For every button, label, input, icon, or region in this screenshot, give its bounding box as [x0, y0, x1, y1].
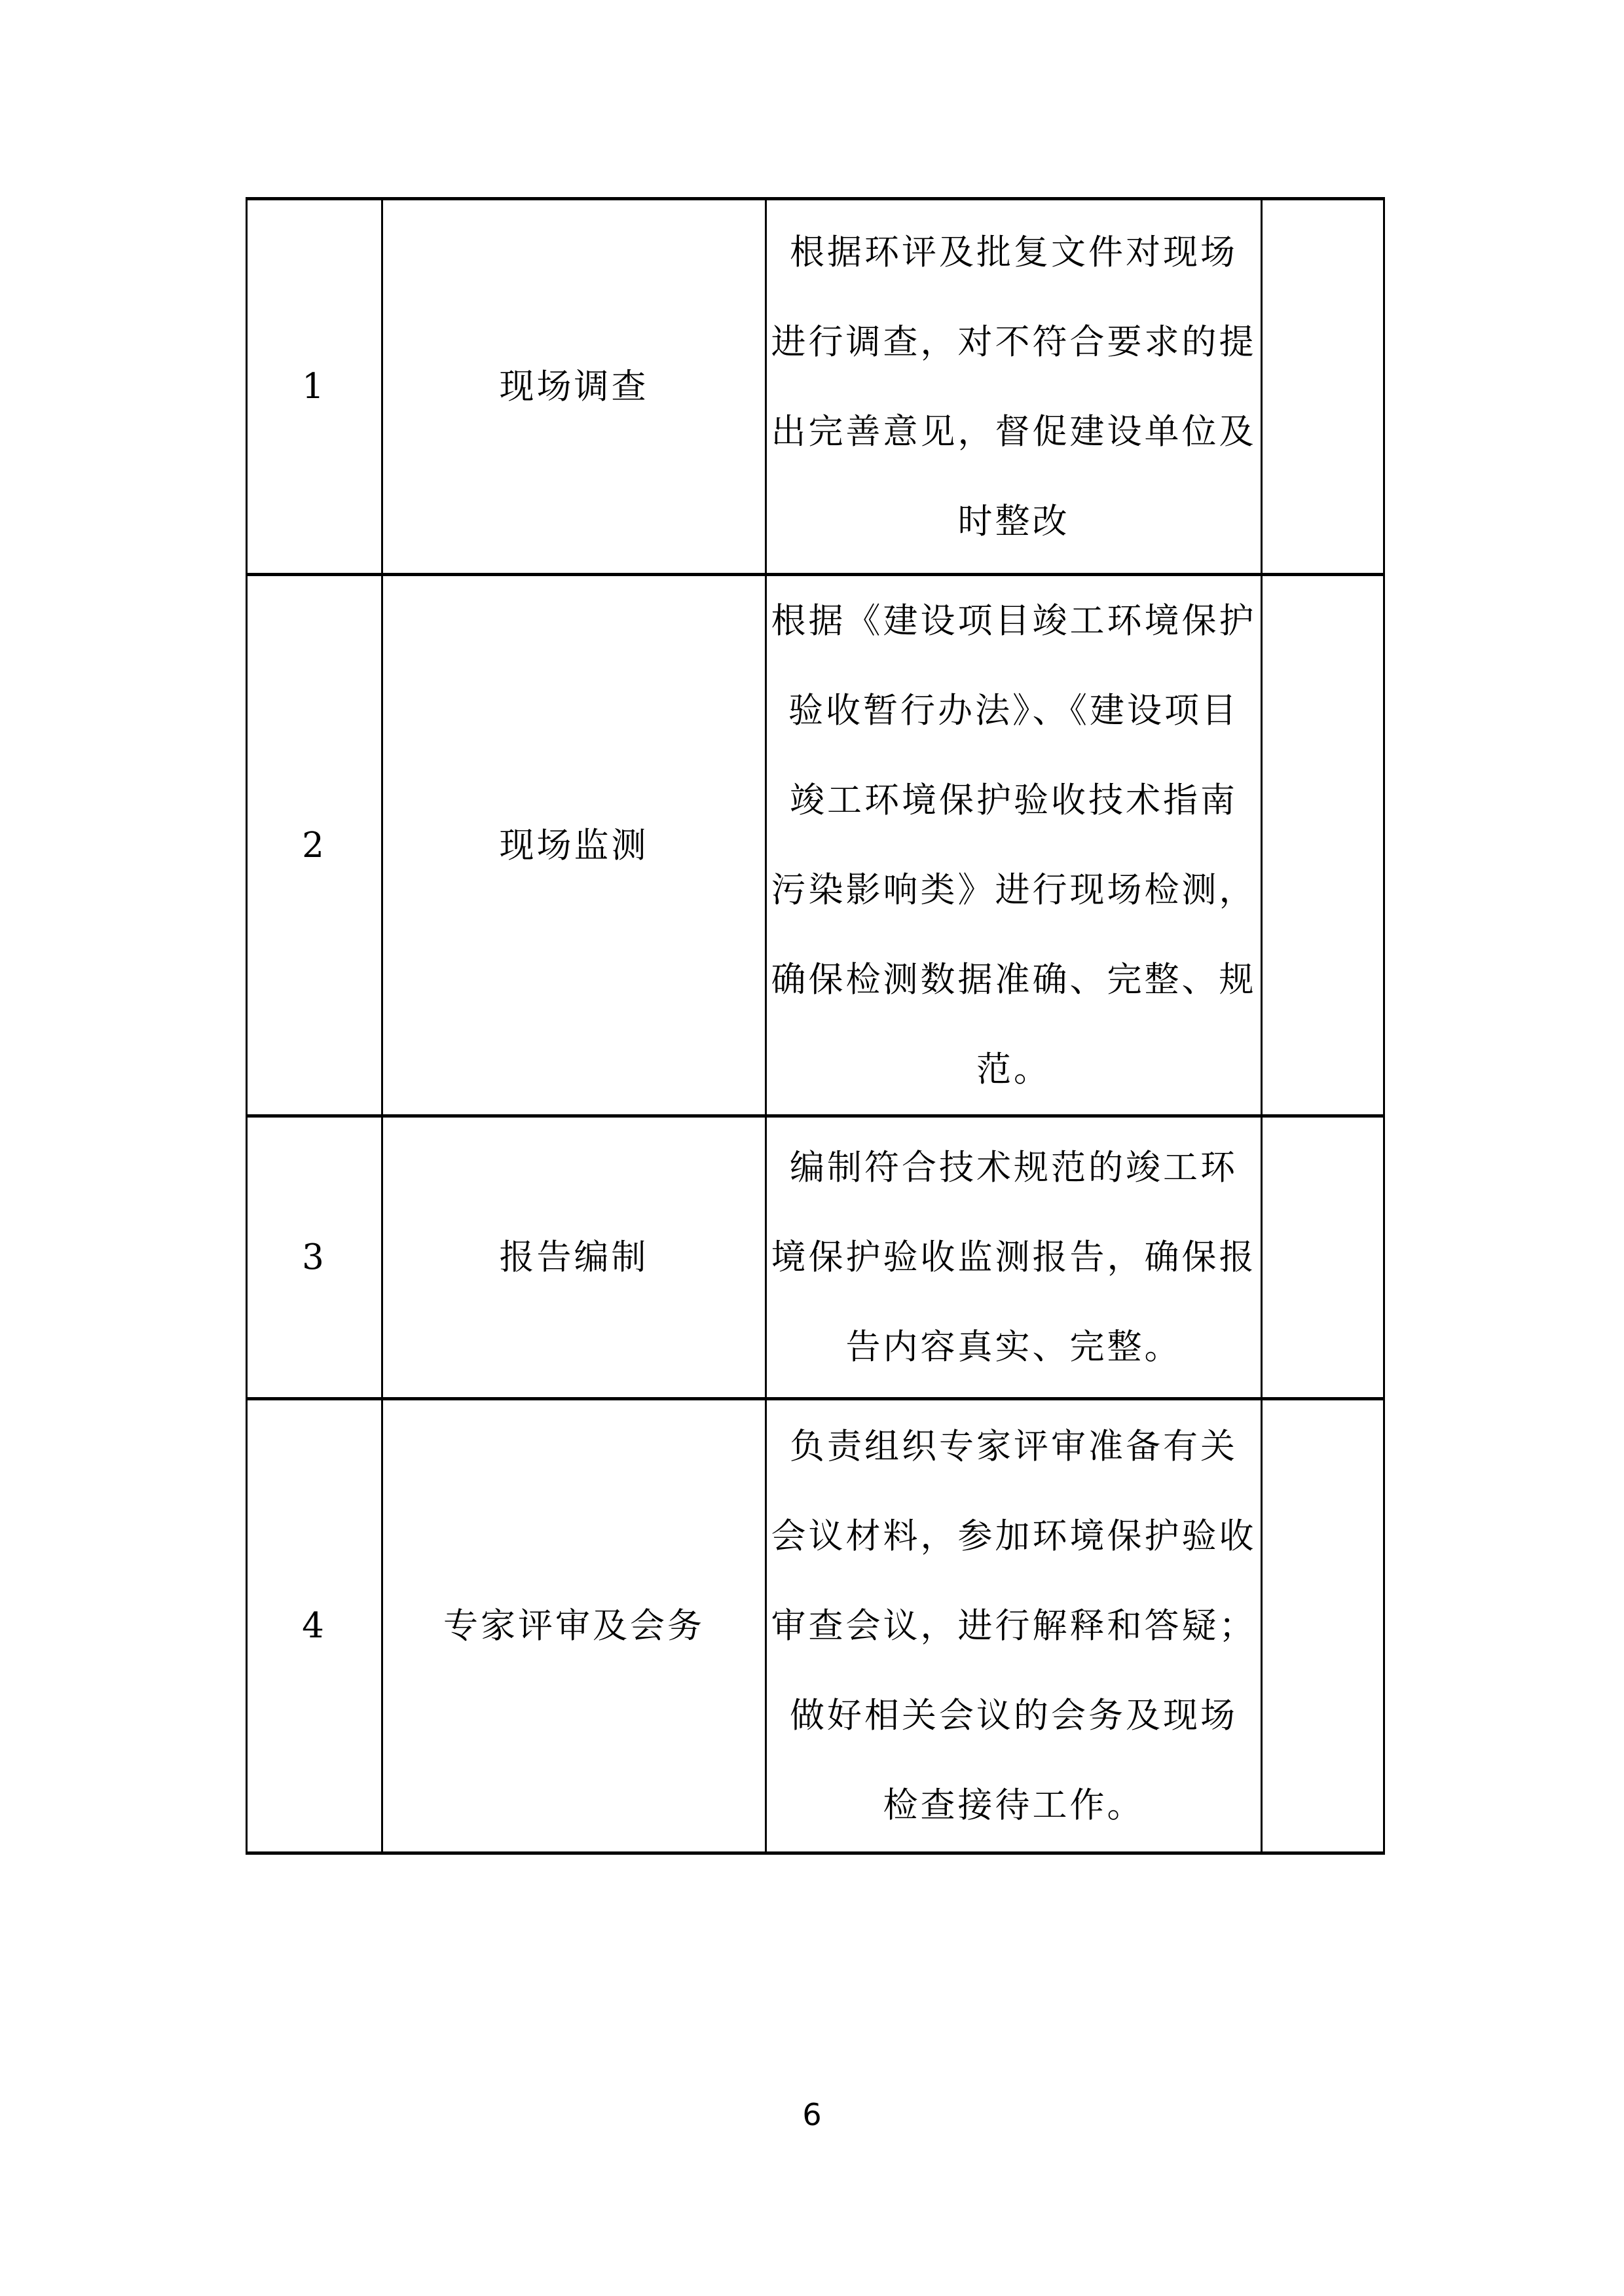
document-page: 1 现场调查 根据环评及批复文件对现场 进行调查，对不符合要求的提 出完善意见，…	[0, 0, 1624, 2296]
table-row: 4 专家评审及会务 负责组织专家评审准备有关 会议材料，参加环境保护验收 审查会…	[247, 1399, 1384, 1853]
remarks-cell	[1262, 1399, 1384, 1853]
category-cell: 专家评审及会务	[382, 1399, 766, 1853]
task-table: 1 现场调查 根据环评及批复文件对现场 进行调查，对不符合要求的提 出完善意见，…	[246, 197, 1385, 1855]
table-row: 3 报告编制 编制符合技术规范的竣工环 境保护验收监测报告，确保报 告内容真实、…	[247, 1116, 1384, 1399]
row-number-cell: 3	[247, 1116, 382, 1399]
description-cell: 负责组织专家评审准备有关 会议材料，参加环境保护验收 审查会议，进行解释和答疑；…	[766, 1399, 1262, 1853]
description-cell: 根据《建设项目竣工环境保护 验收暂行办法》、《建设项目 竣工环境保护验收技术指南…	[766, 575, 1262, 1116]
table-row: 1 现场调查 根据环评及批复文件对现场 进行调查，对不符合要求的提 出完善意见，…	[247, 199, 1384, 575]
row-number-cell: 1	[247, 199, 382, 575]
category-cell: 现场调查	[382, 199, 766, 575]
remarks-cell	[1262, 1116, 1384, 1399]
remarks-cell	[1262, 575, 1384, 1116]
description-cell: 编制符合技术规范的竣工环 境保护验收监测报告，确保报 告内容真实、完整。	[766, 1116, 1262, 1399]
category-cell: 报告编制	[382, 1116, 766, 1399]
description-cell: 根据环评及批复文件对现场 进行调查，对不符合要求的提 出完善意见，督促建设单位及…	[766, 199, 1262, 575]
table-row: 2 现场监测 根据《建设项目竣工环境保护 验收暂行办法》、《建设项目 竣工环境保…	[247, 575, 1384, 1116]
row-number-cell: 4	[247, 1399, 382, 1853]
page-number: 6	[0, 2092, 1624, 2137]
remarks-cell	[1262, 199, 1384, 575]
category-cell: 现场监测	[382, 575, 766, 1116]
row-number-cell: 2	[247, 575, 382, 1116]
